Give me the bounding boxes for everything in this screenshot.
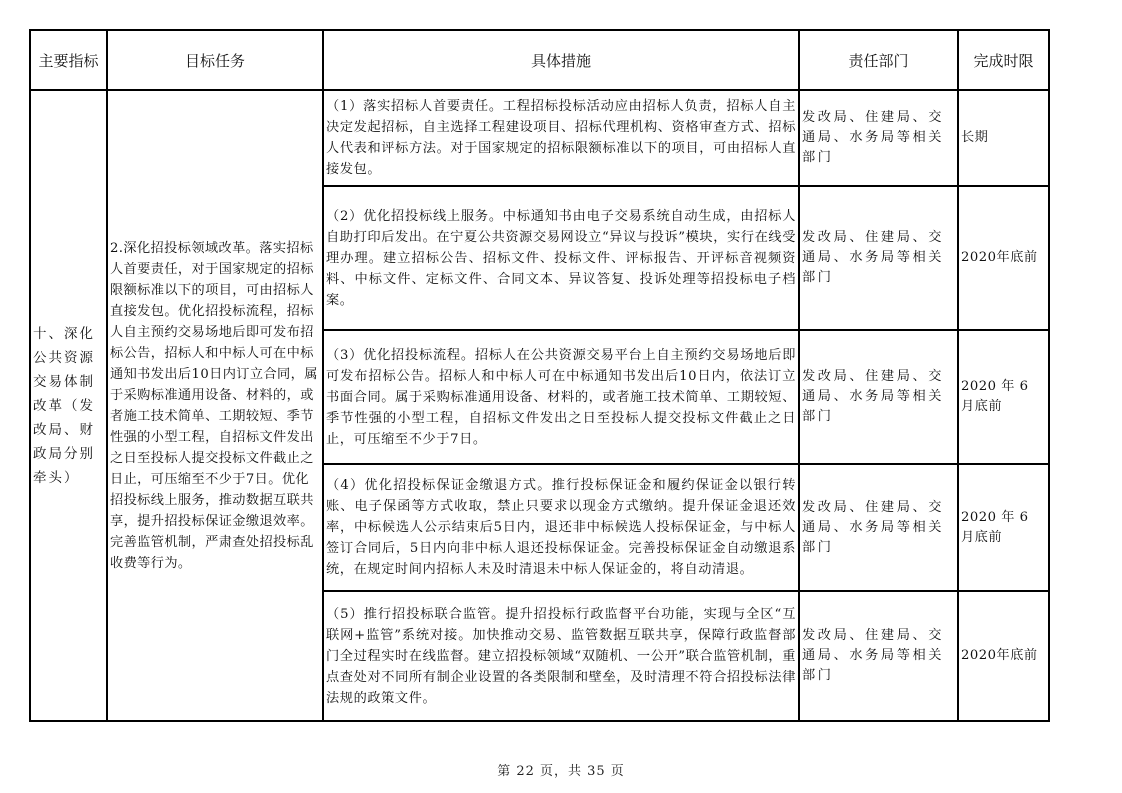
page-number: 第 22 页，共 35 页 [0,760,1122,779]
measure-cell: （2）优化招投标线上服务。中标通知书由电子交易系统自动生成，由招标人自助打印后发… [323,186,799,330]
department-cell: 发改局、住建局、交通局、水务局等相关部门 [799,90,958,186]
header-deadline: 完成时限 [958,30,1049,90]
department-cell: 发改局、住建局、交通局、水务局等相关部门 [799,464,958,591]
measure-cell: （5）推行招投标联合监管。提升招投标行政监督平台功能，实现与全区“互联网+监管”… [323,591,799,721]
table-header-row: 主要指标 目标任务 具体措施 责任部门 完成时限 [30,30,1049,90]
deadline-cell: 2020 年 6 月底前 [958,464,1049,591]
indicator-cell: 十、深化公共资源交易体制改革（发改局、财政局分别牵头） [30,90,107,721]
task-cell: 2.深化招投标领域改革。落实招标人首要责任，对于国家规定的招标限额标准以下的项目… [107,90,323,721]
header-task: 目标任务 [107,30,323,90]
measure-cell: （4）优化招投标保证金缴退方式。推行投标保证金和履约保证金以银行转账、电子保函等… [323,464,799,591]
department-cell: 发改局、住建局、交通局、水务局等相关部门 [799,330,958,464]
measure-cell: （1）落实招标人首要责任。工程招标投标活动应由招标人负责，招标人自主决定发起招标… [323,90,799,186]
department-cell: 发改局、住建局、交通局、水务局等相关部门 [799,591,958,721]
header-department: 责任部门 [799,30,958,90]
header-measures: 具体措施 [323,30,799,90]
deadline-cell: 2020年底前 [958,186,1049,330]
deadline-cell: 长期 [958,90,1049,186]
deadline-cell: 2020 年 6 月底前 [958,330,1049,464]
measures-table: 主要指标 目标任务 具体措施 责任部门 完成时限 十、深化公共资源交易体制改革（… [29,29,1050,722]
table-row: 十、深化公共资源交易体制改革（发改局、财政局分别牵头） 2.深化招投标领域改革。… [30,90,1049,186]
deadline-cell: 2020年底前 [958,591,1049,721]
measure-cell: （3）优化招投标流程。招标人在公共资源交易平台上自主预约交易场地后即可发布招标公… [323,330,799,464]
department-cell: 发改局、住建局、交通局、水务局等相关部门 [799,186,958,330]
header-indicator: 主要指标 [30,30,107,90]
